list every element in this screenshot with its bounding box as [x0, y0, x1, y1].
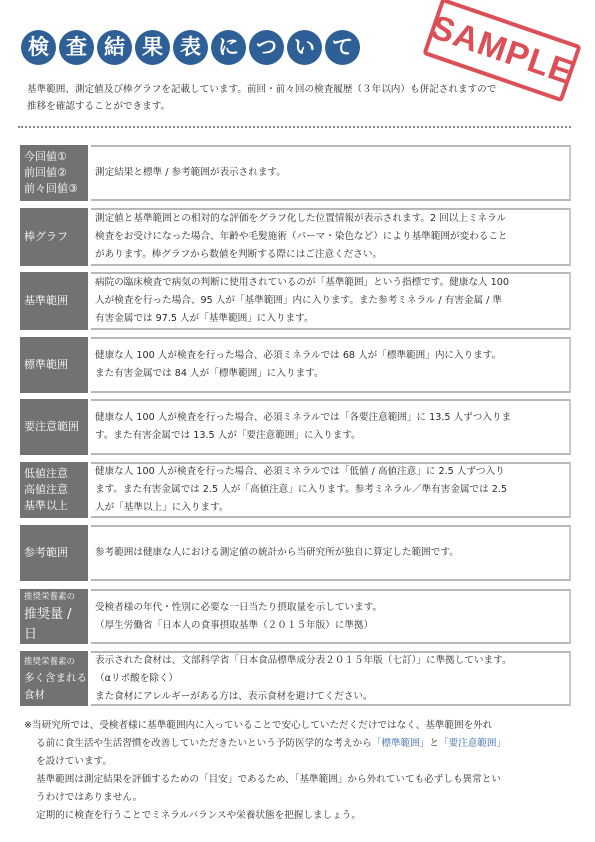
- row-label: 参考範囲: [20, 525, 88, 581]
- body-line: 健康な人 100 人が検査を行った場合、必須ミネラルでは「低値 / 高値注意」に…: [95, 463, 569, 481]
- body-line: （厚生労働省「日本人の食事摂取基準（２０１５年版）に準拠）: [95, 617, 569, 635]
- body-line: ます。また有害金属では 2.5 人が「高値注意」に入ります。参考ミネラル／準有害…: [95, 481, 569, 499]
- body-line: （αリポ酸を除く）: [95, 670, 569, 688]
- label-line: 今回値①: [24, 149, 88, 165]
- row-label: 標準範囲: [20, 337, 88, 393]
- label-line: 食材: [24, 687, 88, 704]
- note-text: と: [429, 738, 439, 749]
- body-line: 受検者様の年代・性別に必要な一日当たり摂取量を示しています。: [95, 599, 569, 617]
- body-line: 人が「基準以上」に入ります。: [95, 499, 569, 517]
- row-label: 棒グラフ: [20, 208, 88, 266]
- row-label: 低値注意 高値注意 基準以上: [20, 462, 88, 518]
- highlight-caution-range: 「要注意範囲」: [439, 738, 506, 749]
- title-char-circle: 表: [173, 30, 208, 65]
- table-row-standard-range: 標準範囲 健康な人 100 人が検査を行った場合、必須ミネラルでは 68 人が「…: [20, 337, 571, 393]
- body-line: 人が検査を行った場合、95 人が「基準範囲」内に入ります。また参考ミネラル / …: [95, 292, 569, 310]
- note-text: る前に食生活や生活習慣を改善していただきたいという予防医学的な考えから: [36, 738, 372, 749]
- intro-line: 基準範囲、測定値及び棒グラフを記載しています。前回・前々回の検査履歴（３年以内）…: [27, 81, 572, 98]
- body-line: 健康な人 100 人が検査を行った場合、必須ミネラルでは 68 人が「標準範囲」…: [95, 347, 569, 365]
- row-description: 測定値と基準範囲との相対的な評価をグラフ化した位置情報が表示されます。2 回以上…: [91, 208, 571, 266]
- title-char-circle: い: [287, 30, 322, 65]
- label-line: 参考範囲: [24, 545, 88, 561]
- label-line: 推奨量 / 日: [24, 605, 88, 645]
- note-line: 基準範囲は測定結果を評価するための「目安」であるため、「基準範囲」から外れていて…: [24, 771, 574, 789]
- table-row-bar-graph: 棒グラフ 測定値と基準範囲との相対的な評価をグラフ化した位置情報が表示されます。…: [20, 208, 571, 266]
- row-label: 推奨栄養素の 推奨量 / 日: [20, 589, 88, 644]
- label-line: 多く含まれる: [24, 670, 88, 687]
- table-row-rich-foods: 推奨栄養素の 多く含まれる 食材 表示された食材は、文部科学省「日本食品標準成分…: [20, 651, 571, 706]
- body-line: 参考範囲は健康な人における測定値の統計から当研究所が独自に算定した範囲です。: [95, 544, 569, 562]
- body-line: があります。棒グラフから数値を判断する際にはご注意ください。: [95, 246, 569, 264]
- row-description: 病院の臨床検査で病気の判断に使用されているのが「基準範囲」という指標です。健康な…: [91, 272, 571, 330]
- body-line: 表示された食材は、文部科学省「日本食品標準成分表２０１５年版（七訂）」に準拠して…: [95, 652, 569, 670]
- title-char-circle: 果: [135, 30, 170, 65]
- title-char-circle: に: [211, 30, 246, 65]
- note-line: を設けています。: [24, 753, 574, 771]
- body-line: す。また有害金属では 13.5 人が「要注意範囲」に入ります。: [95, 427, 569, 445]
- label-line: 高値注意: [24, 482, 88, 498]
- label-line: 要注意範囲: [24, 419, 88, 435]
- row-label: 推奨栄養素の 多く含まれる 食材: [20, 651, 88, 706]
- row-description: 表示された食材は、文部科学省「日本食品標準成分表２０１５年版（七訂）」に準拠して…: [91, 651, 571, 706]
- row-label: 今回値① 前回値② 前々回値③: [20, 145, 88, 201]
- label-line: 前々回値③: [24, 181, 88, 197]
- body-line: また食材にアレルギーがある方は、表示食材を避けてください。: [95, 688, 569, 706]
- row-description: 受検者様の年代・性別に必要な一日当たり摂取量を示しています。 （厚生労働省「日本…: [91, 589, 571, 644]
- label-line: 標準範囲: [24, 357, 88, 373]
- note-line: 定期的に検査を行うことでミネラルバランスや栄養状態を把握しましょう。: [24, 807, 574, 825]
- table-row-reference-range: 基準範囲 病院の臨床検査で病気の判断に使用されているのが「基準範囲」という指標で…: [20, 272, 571, 330]
- note-line: うわけではありません。: [24, 789, 574, 807]
- label-line: 推奨栄養素の: [24, 654, 88, 670]
- note-line: る前に食生活や生活習慣を改善していただきたいという予防医学的な考えから「標準範囲…: [24, 735, 574, 753]
- body-line: 病院の臨床検査で病気の判断に使用されているのが「基準範囲」という指標です。健康な…: [95, 274, 569, 292]
- body-line: また有害金属では 84 人が「標準範囲」に入ります。: [95, 365, 569, 383]
- label-line: 基準以上: [24, 498, 88, 514]
- row-description: 健康な人 100 人が検査を行った場合、必須ミネラルでは「各要注意範囲」に 13…: [91, 399, 571, 455]
- page-title: 検 査 結 果 表 に つ い て: [21, 30, 360, 65]
- row-description: 健康な人 100 人が検査を行った場合、必須ミネラルでは「低値 / 高値注意」に…: [91, 462, 571, 518]
- row-description: 測定結果と標準 / 参考範囲が表示されます。: [91, 145, 571, 201]
- body-line: 健康な人 100 人が検査を行った場合、必須ミネラルでは「各要注意範囲」に 13…: [95, 409, 569, 427]
- title-char-circle: つ: [249, 30, 284, 65]
- table-row-current-values: 今回値① 前回値② 前々回値③ 測定結果と標準 / 参考範囲が表示されます。: [20, 145, 571, 201]
- table-row-recommended-intake: 推奨栄養素の 推奨量 / 日 受検者様の年代・性別に必要な一日当たり摂取量を示し…: [20, 589, 571, 644]
- label-line: 棒グラフ: [24, 229, 88, 245]
- intro-text: 基準範囲、測定値及び棒グラフを記載しています。前回・前々回の検査履歴（３年以内）…: [27, 81, 572, 115]
- label-line: 前回値②: [24, 165, 88, 181]
- note-line: ※当研究所では、受検者様に基準範囲内に入っていることで安心していただくだけではな…: [24, 717, 574, 735]
- row-description: 参考範囲は健康な人における測定値の統計から当研究所が独自に算定した範囲です。: [91, 525, 571, 581]
- table-row-reference-value: 参考範囲 参考範囲は健康な人における測定値の統計から当研究所が独自に算定した範囲…: [20, 525, 571, 581]
- dotted-divider: [18, 126, 571, 128]
- row-label: 基準範囲: [20, 272, 88, 330]
- row-description: 健康な人 100 人が検査を行った場合、必須ミネラルでは 68 人が「標準範囲」…: [91, 337, 571, 393]
- label-line: 基準範囲: [24, 293, 88, 309]
- title-char-circle: て: [325, 30, 360, 65]
- title-char-circle: 査: [59, 30, 94, 65]
- table-row-caution-range: 要注意範囲 健康な人 100 人が検査を行った場合、必須ミネラルでは「各要注意範…: [20, 399, 571, 455]
- body-line: 測定結果と標準 / 参考範囲が表示されます。: [95, 164, 569, 182]
- label-line: 低値注意: [24, 466, 88, 482]
- body-line: 有害金属では 97.5 人が「基準範囲」に入ります。: [95, 310, 569, 328]
- intro-line: 推移を確認することができます。: [27, 98, 572, 115]
- body-line: 検査をお受けになった場合、年齢や毛髪施術（パーマ・染色など）により基準範囲が変わ…: [95, 228, 569, 246]
- table-row-low-high-caution: 低値注意 高値注意 基準以上 健康な人 100 人が検査を行った場合、必須ミネラ…: [20, 462, 571, 518]
- label-line: 推奨栄養素の: [24, 589, 88, 605]
- highlight-standard-range: 「標準範囲」: [372, 738, 430, 749]
- footnotes: ※当研究所では、受検者様に基準範囲内に入っていることで安心していただくだけではな…: [24, 717, 574, 825]
- body-line: 測定値と基準範囲との相対的な評価をグラフ化した位置情報が表示されます。2 回以上…: [95, 210, 569, 228]
- title-char-circle: 検: [21, 30, 56, 65]
- title-char-circle: 結: [97, 30, 132, 65]
- row-label: 要注意範囲: [20, 399, 88, 455]
